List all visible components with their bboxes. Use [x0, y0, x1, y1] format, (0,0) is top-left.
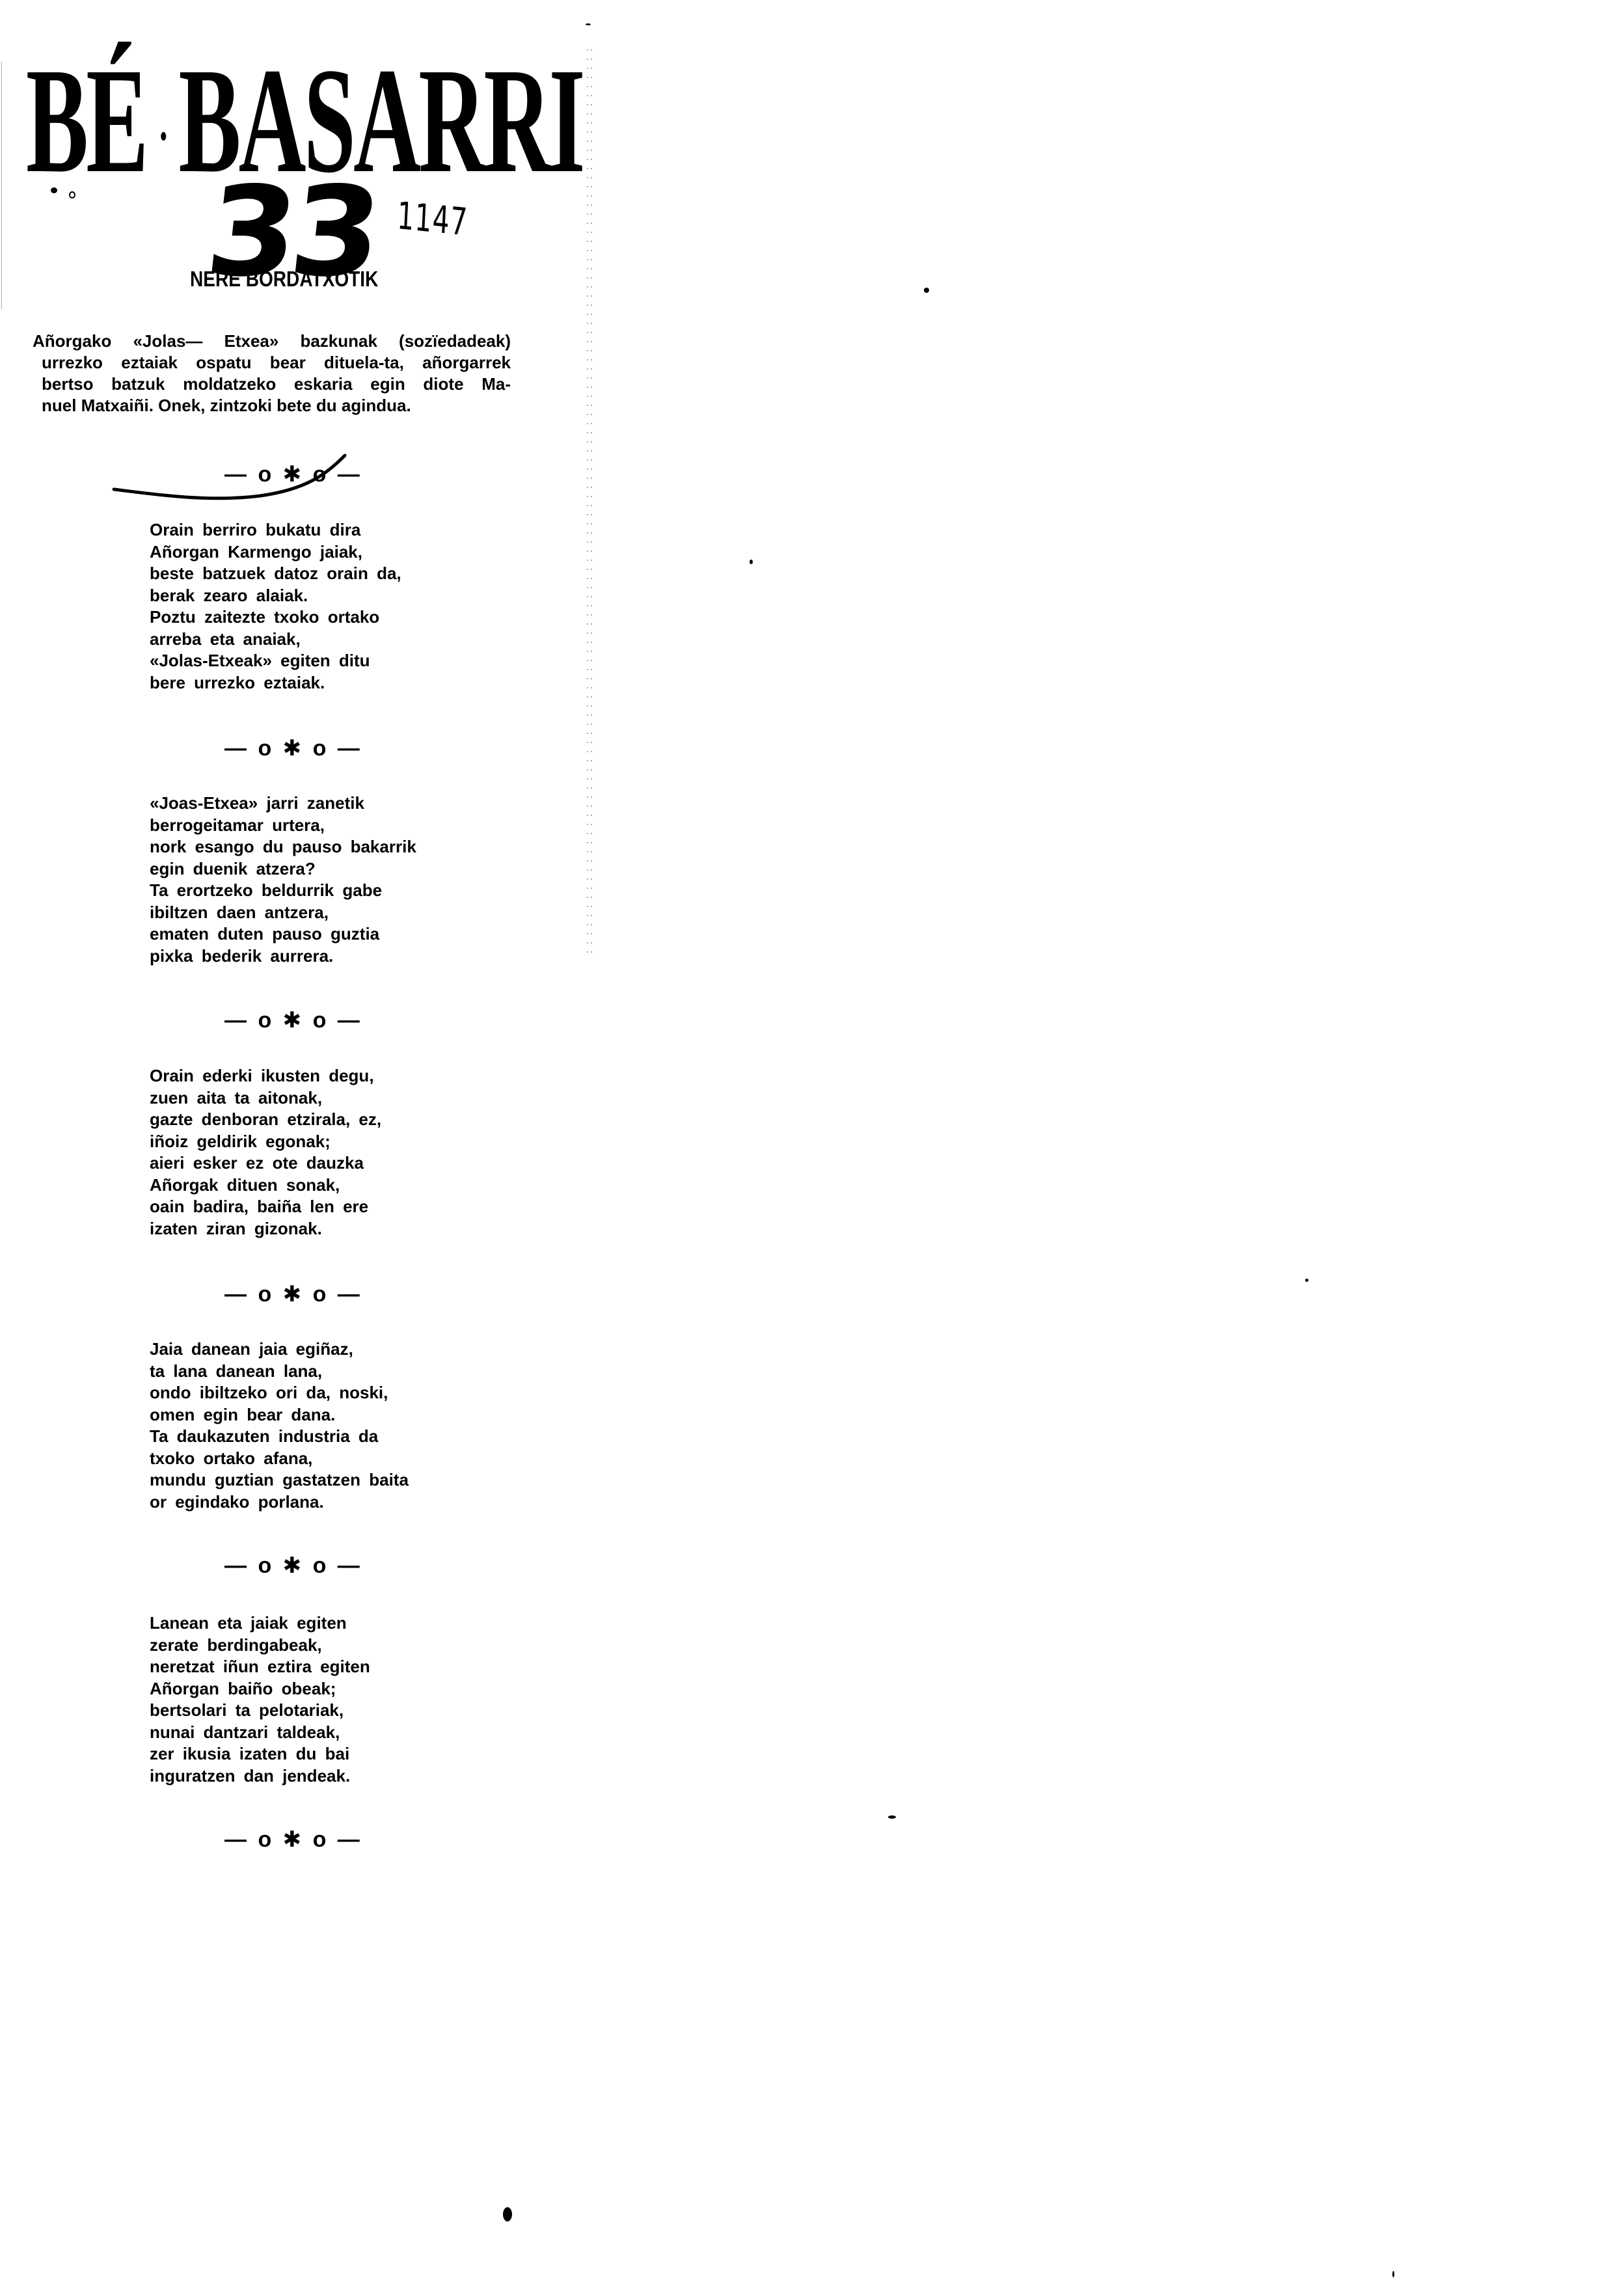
- masthead-prefix: BÉ: [26, 37, 146, 204]
- stanza-separator: — o ✱ o —: [224, 463, 355, 485]
- verse: «Joas-Etxea» jarri zanetik: [150, 793, 416, 815]
- verse: gazte denboran etzirala, ez,: [150, 1109, 381, 1131]
- verse: egin duenik atzera?: [150, 858, 416, 880]
- scan-speck: [503, 2207, 512, 2221]
- stanza-separator: — o ✱ o —: [224, 1828, 355, 1851]
- verse: «Jolas-Etxeak» egiten ditu: [150, 650, 401, 672]
- verse: zerate berdingabeak,: [150, 1635, 370, 1657]
- verse: nunai dantzari taldeak,: [150, 1722, 370, 1744]
- scan-speck: [924, 288, 929, 293]
- stanza-3: Orain ederki ikusten degu, zuen aita ta …: [150, 1065, 381, 1240]
- stanza-4: Jaia danean jaia egiñaz, ta lana danean …: [150, 1338, 409, 1513]
- verse: or egindako porlana.: [150, 1491, 409, 1514]
- verse: pixka bederik aurrera.: [150, 945, 416, 968]
- verse: beste batzuek datoz orain da,: [150, 563, 401, 585]
- scan-speck: [51, 187, 57, 193]
- verse: aieri esker ez ote dauzka: [150, 1152, 381, 1175]
- scan-speck: [69, 191, 75, 198]
- verse: txoko ortako afana,: [150, 1448, 409, 1470]
- verse: Orain ederki ikusten degu,: [150, 1065, 381, 1087]
- verse: Añorgan Karmengo jaiak,: [150, 541, 401, 564]
- stanza-5: Lanean eta jaiak egiten zerate berdingab…: [150, 1612, 370, 1787]
- verse: Lanean eta jaiak egiten: [150, 1612, 370, 1635]
- scanned-page: BÉ·BASARRI 33 1147 NERE BORDATXOTIK Añor…: [0, 0, 1624, 2282]
- stanza-1: Orain berriro bukatu dira Añorgan Karmen…: [150, 519, 401, 694]
- verse: ta lana danean lana,: [150, 1361, 409, 1383]
- verse: arreba eta anaiak,: [150, 629, 401, 651]
- column-title: NERE BORDATXOTIK: [190, 268, 378, 290]
- verse: Orain berriro bukatu dira: [150, 519, 401, 541]
- intro-line: bertso batzuk moldatzeko eskaria egin di…: [33, 374, 511, 395]
- verse: bertsolari ta pelotariak,: [150, 1700, 370, 1722]
- verse: Ta daukazuten industria da: [150, 1426, 409, 1448]
- verse: ondo ibiltzeko ori da, noski,: [150, 1382, 409, 1404]
- verse: Jaia danean jaia egiñaz,: [150, 1338, 409, 1361]
- stanza-separator: — o ✱ o —: [224, 1555, 355, 1577]
- intro-paragraph: Añorgako «Jolas— Etxea» bazkunak (sozïed…: [33, 331, 511, 416]
- verse: ibiltzen daen antzera,: [150, 902, 416, 924]
- scan-speck: [750, 560, 753, 564]
- verse: omen egin bear dana.: [150, 1404, 409, 1426]
- scan-dotted-edge: [586, 46, 593, 957]
- scan-speck: [1305, 1279, 1308, 1282]
- verse: iñoiz geldirik egonak;: [150, 1131, 381, 1153]
- verse: izaten ziran gizonak.: [150, 1218, 381, 1240]
- verse: Poztu zaitezte txoko ortako: [150, 606, 401, 629]
- verse: Añorgan baiño obeak;: [150, 1678, 370, 1700]
- scan-speck: [1392, 2271, 1394, 2277]
- verse: berrogeitamar urtera,: [150, 815, 416, 837]
- scan-edge-line: [1, 62, 2, 309]
- masthead-separator: ·: [158, 108, 167, 165]
- scan-speck: [586, 23, 591, 25]
- handwritten-reference: 1147: [396, 197, 468, 241]
- intro-line: urrezko eztaiak ospatu bear dituela-ta, …: [33, 352, 511, 374]
- verse: zer ikusia izaten du bai: [150, 1743, 370, 1765]
- intro-line: nuel Matxaiñi. Onek, zintzoki bete du ag…: [33, 395, 511, 416]
- verse: oain badira, baiña len ere: [150, 1196, 381, 1218]
- verse: zuen aita ta aitonak,: [150, 1087, 381, 1109]
- stanza-separator: — o ✱ o —: [224, 1283, 355, 1305]
- intro-line: Añorgako «Jolas— Etxea» bazkunak (sozïed…: [33, 331, 511, 352]
- verse: bere urrezko eztaiak.: [150, 672, 401, 694]
- verse: Añorgak dituen sonak,: [150, 1175, 381, 1197]
- verse: Ta erortzeko beldurrik gabe: [150, 880, 416, 902]
- verse: ematen duten pauso guztia: [150, 923, 416, 945]
- stanza-separator: — o ✱ o —: [224, 1009, 355, 1031]
- verse: mundu guztian gastatzen baita: [150, 1469, 409, 1491]
- verse: inguratzen dan jendeak.: [150, 1765, 370, 1787]
- verse: berak zearo alaiak.: [150, 585, 401, 607]
- stanza-2: «Joas-Etxea» jarri zanetik berrogeitamar…: [150, 793, 416, 967]
- stanza-separator: — o ✱ o —: [224, 737, 355, 759]
- verse: neretzat iñun eztira egiten: [150, 1656, 370, 1678]
- verse: nork esango du pauso bakarrik: [150, 836, 416, 858]
- scan-speck: [888, 1815, 896, 1819]
